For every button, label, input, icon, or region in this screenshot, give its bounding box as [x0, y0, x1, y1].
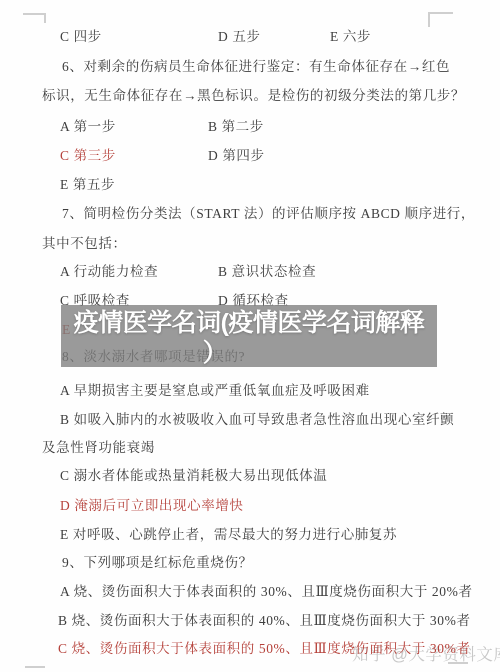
overlay-title-line1: 疫情医学名词(疫情医学名词解释	[61, 305, 437, 338]
question-7-line1: 7、简明检伤分类法（START 法）的评估顺序按 ABCD 顺序进行，	[62, 202, 475, 222]
q6-option-e: E 第五步	[60, 173, 115, 193]
q8-option-b-line1: B 如吸入肺内的水被吸收入血可导致患者急性溶血出现心室纤颤	[60, 408, 454, 428]
q8-option-b-line2: 及急性肾功能衰竭	[42, 436, 155, 456]
q6-option-a: A 第一步	[60, 115, 116, 135]
q8-option-d-answer: D 淹溺后可立即出现心率增快	[60, 494, 244, 514]
question-6-line2: 标识，无生命体征存在→黑色标识。是检伤的初级分类法的第几步？	[42, 84, 465, 104]
question-9-text: 9、下列哪项是红标危重烧伤？	[62, 551, 253, 571]
q5-option-e: E 六步	[330, 25, 371, 45]
q9-option-a: A 烧、烫伤面积大于体表面积的 30%、且Ⅲ度烧伤面积大于 20%者	[60, 580, 473, 600]
q7-option-b: B 意识状态检查	[218, 260, 316, 280]
q8-option-a: A 早期损害主要是窒息或严重低氧血症及呼吸困难	[60, 379, 370, 399]
q8-option-c: C 溺水者体能或热量消耗极大易出现低体温	[60, 464, 327, 484]
document-page: 知乎 @大学资料文库 C 四步D 五步E 六步6、对剩余的伤病员生命体征进行鉴定…	[0, 0, 500, 672]
question-7-line2: 其中不包括：	[42, 232, 127, 252]
q6-option-c-answer: C 第三步	[60, 144, 116, 164]
q9-option-b: B 烧、烫伤面积大于体表面积的 40%、且Ⅲ度烧伤面积大于 30%者	[58, 609, 471, 629]
q7-option-a: A 行动能力检查	[60, 260, 158, 280]
overlay-title-line2: ）	[27, 338, 403, 368]
q6-option-b: B 第二步	[208, 115, 264, 135]
question-6-line1: 6、对剩余的伤病员生命体征进行鉴定：有生命体征存在→红色	[62, 55, 450, 75]
q5-option-d: D 五步	[218, 25, 261, 45]
q5-option-c: C 四步	[60, 25, 102, 45]
q9-option-c-answer: C 烧、烫伤面积大于体表面积的 50%、且Ⅲ度烧伤面积大于 30%者	[58, 637, 471, 657]
title-overlay-band: 疫情医学名词(疫情医学名词解释 ）	[61, 305, 437, 367]
q8-option-e: E 对呼吸、心跳停止者，需尽最大的努力进行心肺复苏	[60, 523, 397, 543]
q6-option-d: D 第四步	[208, 144, 265, 164]
